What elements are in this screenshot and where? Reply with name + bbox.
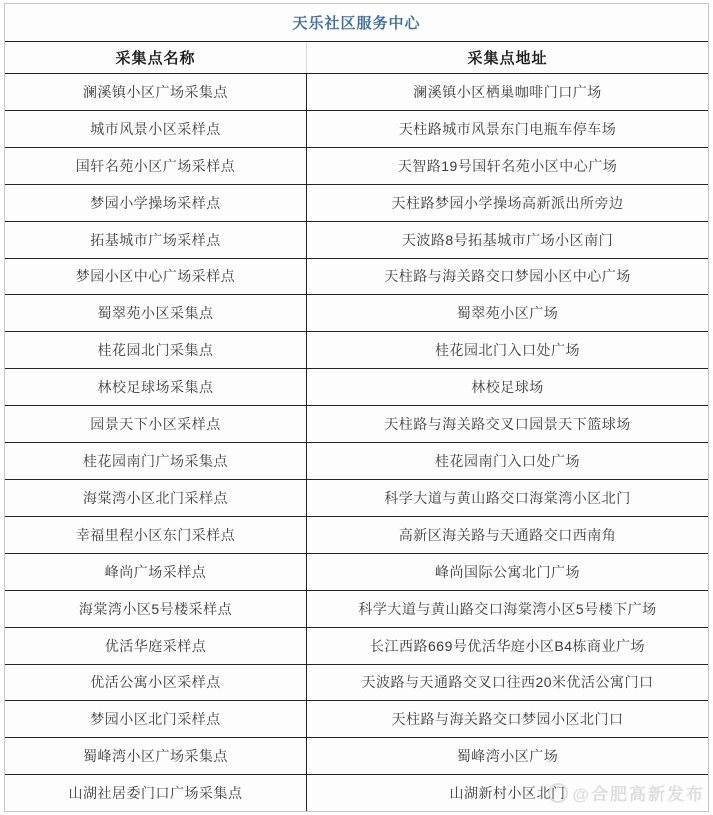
table-row: 林校足球场采集点 林校足球场: [5, 369, 708, 406]
collection-point-address-cell: 蜀翠苑小区广场: [307, 295, 708, 331]
collection-point-name-cell: 蜀峰湾小区广场采集点: [5, 738, 307, 774]
table-title: 天乐社区服务中心: [5, 4, 708, 42]
collection-point-name-cell: 幸福里程小区东门采样点: [5, 517, 307, 553]
collection-point-name-cell: 梦园小学操场采样点: [5, 185, 307, 221]
collection-point-name-cell: 优活华庭采样点: [5, 628, 307, 664]
collection-point-address-cell: 天智路19号国轩名苑小区中心广场: [307, 148, 708, 184]
table-row: 蜀峰湾小区广场采集点 蜀峰湾小区广场: [5, 738, 708, 775]
collection-point-name-cell: 国轩名苑小区广场采样点: [5, 148, 307, 184]
collection-point-address-cell: 澜溪镇小区栖巢咖啡门口广场: [307, 74, 708, 110]
collection-point-address-cell: 蜀峰湾小区广场: [307, 738, 708, 774]
table-row: 优活华庭采样点 长江西路669号优活华庭小区B4栋商业广场: [5, 628, 708, 665]
collection-point-name-cell: 海棠湾小区北门采样点: [5, 480, 307, 516]
collection-point-name-cell: 蜀翠苑小区采集点: [5, 295, 307, 331]
collection-point-address-cell: 高新区海关路与天通路交口西南角: [307, 517, 708, 553]
collection-point-name-cell: 园景天下小区采样点: [5, 406, 307, 442]
collection-point-name-cell: 城市风景小区采样点: [5, 111, 307, 147]
collection-point-name-cell: 梦园小区中心广场采样点: [5, 259, 307, 295]
table-row: 桂花园北门采集点 桂花园北门入口处广场: [5, 332, 708, 369]
header-collection-point-name: 采集点名称: [5, 42, 307, 73]
table-row: 海棠湾小区5号楼采样点 科学大道与黄山路交口海棠湾小区5号楼下广场: [5, 591, 708, 628]
table-body: 澜溪镇小区广场采集点 澜溪镇小区栖巢咖啡门口广场 城市风景小区采样点 天柱路城市…: [5, 74, 708, 811]
collection-point-address-cell: 科学大道与黄山路交口海棠湾小区北门: [307, 480, 708, 516]
collection-point-address-cell: 天柱路与海关路交口梦园小区中心广场: [307, 259, 708, 295]
collection-point-name-cell: 拓基城市广场采样点: [5, 222, 307, 258]
collection-point-address-cell: 天柱路与海关路交叉口园景天下篮球场: [307, 406, 708, 442]
collection-point-address-cell: 林校足球场: [307, 369, 708, 405]
collection-point-address-cell: 天柱路梦园小学操场高新派出所旁边: [307, 185, 708, 221]
collection-point-name-cell: 澜溪镇小区广场采集点: [5, 74, 307, 110]
collection-point-name-cell: 山湖社居委门口广场采集点: [5, 775, 307, 811]
table-header-row: 采集点名称 采集点地址: [5, 42, 708, 74]
table-row: 澜溪镇小区广场采集点 澜溪镇小区栖巢咖啡门口广场: [5, 74, 708, 111]
table-row: 园景天下小区采样点 天柱路与海关路交叉口园景天下篮球场: [5, 406, 708, 443]
table-row: 山湖社居委门口广场采集点 山湖新村小区北门: [5, 775, 708, 811]
header-collection-point-address: 采集点地址: [307, 42, 708, 73]
table-row: 海棠湾小区北门采样点 科学大道与黄山路交口海棠湾小区北门: [5, 480, 708, 517]
table-row: 梦园小学操场采样点 天柱路梦园小学操场高新派出所旁边: [5, 185, 708, 222]
table-row: 桂花园南门广场采集点 桂花园南门入口处广场: [5, 443, 708, 480]
table-row: 梦园小区北门采样点 天柱路与海关路交口梦园小区北门口: [5, 701, 708, 738]
page: 天乐社区服务中心 采集点名称 采集点地址 澜溪镇小区广场采集点 澜溪镇小区栖巢咖…: [0, 0, 713, 815]
collection-point-address-cell: 科学大道与黄山路交口海棠湾小区5号楼下广场: [307, 591, 708, 627]
collection-point-name-cell: 海棠湾小区5号楼采样点: [5, 591, 307, 627]
collection-point-address-cell: 长江西路669号优活华庭小区B4栋商业广场: [307, 628, 708, 664]
collection-point-name-cell: 桂花园北门采集点: [5, 332, 307, 368]
table-row: 国轩名苑小区广场采样点 天智路19号国轩名苑小区中心广场: [5, 148, 708, 185]
table-row: 梦园小区中心广场采样点 天柱路与海关路交口梦园小区中心广场: [5, 259, 708, 296]
collection-point-name-cell: 林校足球场采集点: [5, 369, 307, 405]
table-row: 峰尚广场采样点 峰尚国际公寓北门广场: [5, 554, 708, 591]
collection-point-name-cell: 优活公寓小区采样点: [5, 665, 307, 701]
table-row: 城市风景小区采样点 天柱路城市风景东门电瓶车停车场: [5, 111, 708, 148]
collection-point-address-cell: 天波路与天通路交叉口往西20米优活公寓门口: [307, 665, 708, 701]
table-row: 拓基城市广场采样点 天波路8号拓基城市广场小区南门: [5, 222, 708, 259]
collection-points-table: 天乐社区服务中心 采集点名称 采集点地址 澜溪镇小区广场采集点 澜溪镇小区栖巢咖…: [4, 3, 709, 812]
collection-point-name-cell: 梦园小区北门采样点: [5, 701, 307, 737]
table-row: 蜀翠苑小区采集点 蜀翠苑小区广场: [5, 295, 708, 332]
collection-point-address-cell: 山湖新村小区北门: [307, 775, 708, 811]
table-row: 幸福里程小区东门采样点 高新区海关路与天通路交口西南角: [5, 517, 708, 554]
collection-point-address-cell: 峰尚国际公寓北门广场: [307, 554, 708, 590]
collection-point-address-cell: 天波路8号拓基城市广场小区南门: [307, 222, 708, 258]
collection-point-address-cell: 天柱路与海关路交口梦园小区北门口: [307, 701, 708, 737]
collection-point-name-cell: 桂花园南门广场采集点: [5, 443, 307, 479]
collection-point-name-cell: 峰尚广场采样点: [5, 554, 307, 590]
collection-point-address-cell: 桂花园南门入口处广场: [307, 443, 708, 479]
collection-point-address-cell: 天柱路城市风景东门电瓶车停车场: [307, 111, 708, 147]
collection-point-address-cell: 桂花园北门入口处广场: [307, 332, 708, 368]
table-row: 优活公寓小区采样点 天波路与天通路交叉口往西20米优活公寓门口: [5, 665, 708, 702]
